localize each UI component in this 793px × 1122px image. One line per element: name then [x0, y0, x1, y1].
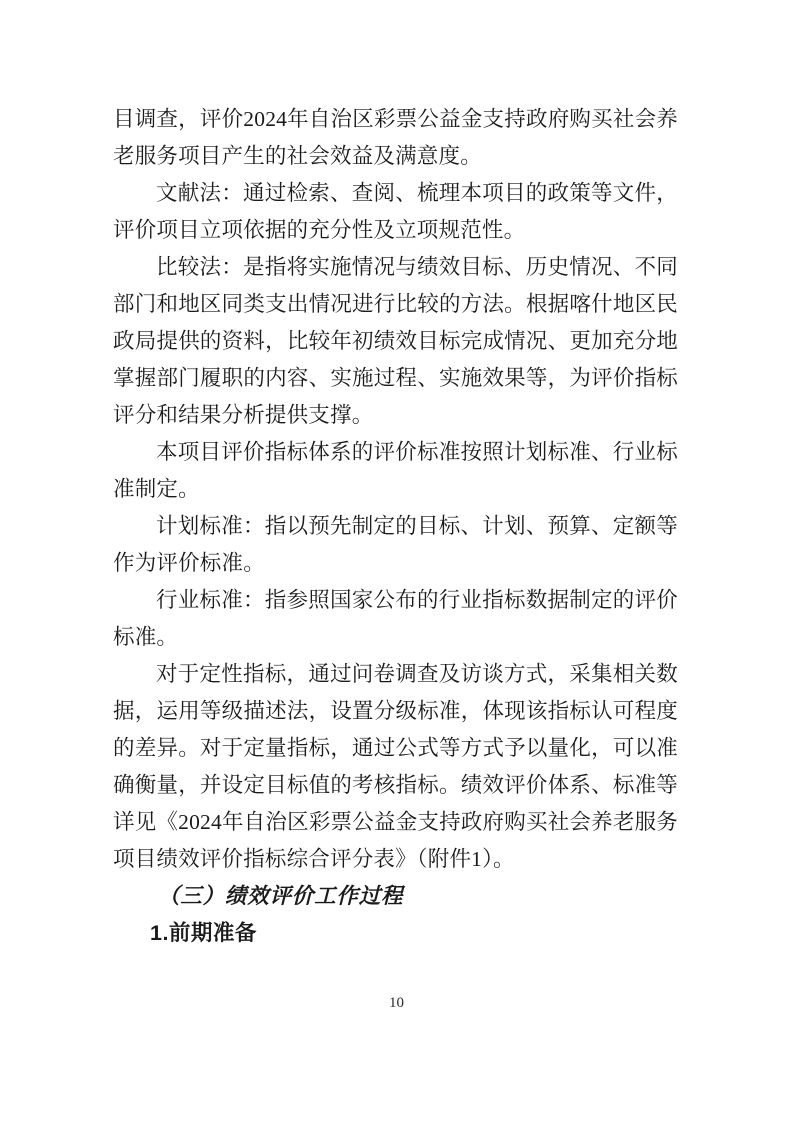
paragraph-literature-method: 文献法：通过检索、查阅、梳理本项目的政策等文件，评价项目立项依据的充分性及立项规… [113, 175, 678, 249]
section-heading-work-process: （三）绩效评价工作过程 [113, 878, 678, 915]
paragraph-standards-overview: 本项目评价指标体系的评价标准按照计划标准、行业标准制定。 [113, 434, 678, 508]
subsection-heading-preparation: 1.前期准备 [113, 915, 678, 952]
document-page: 目调查，评价2024年自治区彩票公益金支持政府购买社会养老服务项目产生的社会效益… [0, 0, 793, 1122]
paragraph-comparison-method: 比较法：是指将实施情况与绩效目标、历史情况、不同部门和地区同类支出情况进行比较的… [113, 249, 678, 434]
paragraph-plan-standard: 计划标准：指以预先制定的目标、计划、预算、定额等作为评价标准。 [113, 508, 678, 582]
text-block: 目调查，评价2024年自治区彩票公益金支持政府购买社会养老服务项目产生的社会效益… [113, 101, 678, 952]
paragraph-indicator-quantification: 对于定性指标，通过问卷调查及访谈方式，采集相关数据，运用等级描述法，设置分级标准… [113, 656, 678, 878]
page-number: 10 [0, 993, 793, 1013]
paragraph-industry-standard: 行业标准：指参照国家公布的行业指标数据制定的评价标准。 [113, 582, 678, 656]
paragraph-continuation: 目调查，评价2024年自治区彩票公益金支持政府购买社会养老服务项目产生的社会效益… [113, 101, 678, 175]
